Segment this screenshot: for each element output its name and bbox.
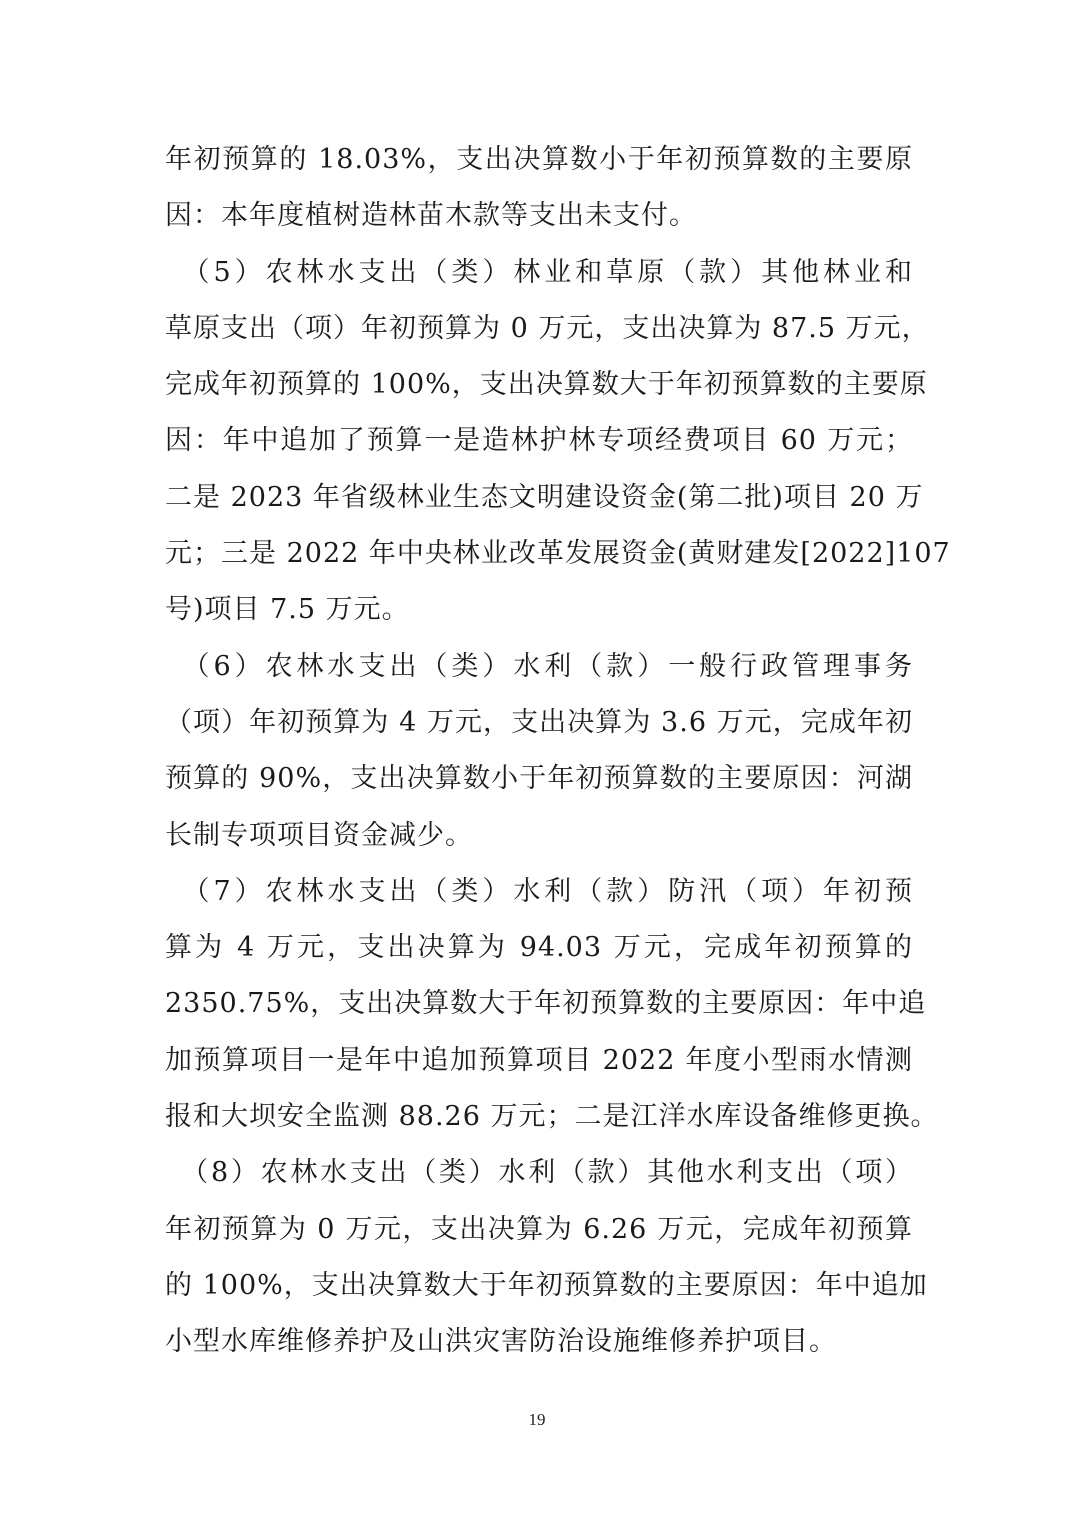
text-line: 二是 2023 年省级林业生态文明建设资金(第二批)项目 20 万 bbox=[165, 474, 913, 530]
text-line: 2350.75%，支出决算数大于年初预算数的主要原因：年中追 bbox=[165, 980, 913, 1036]
text-line: 加预算项目一是年中追加预算项目 2022 年度小型雨水情测 bbox=[165, 1037, 913, 1093]
text-line: （7）农林水支出（类）水利（款）防汛（项）年初预 bbox=[165, 868, 913, 924]
text-line: 小型水库维修养护及山洪灾害防治设施维修养护项目。 bbox=[165, 1318, 913, 1374]
paragraph-8: （8）农林水支出（类）水利（款）其他水利支出（项） 年初预算为 0 万元，支出决… bbox=[165, 1149, 913, 1374]
paragraph-7: （7）农林水支出（类）水利（款）防汛（项）年初预 算为 4 万元，支出决算为 9… bbox=[165, 868, 913, 1149]
page-number: 19 bbox=[0, 1410, 1074, 1430]
text-line: 算为 4 万元，支出决算为 94.03 万元，完成年初预算的 bbox=[165, 924, 913, 980]
text-line: 报和大坝安全监测 88.26 万元；二是江洋水库设备维修更换。 bbox=[165, 1093, 913, 1149]
text-line: （6）农林水支出（类）水利（款）一般行政管理事务 bbox=[165, 643, 913, 699]
paragraph-4-continued: 年初预算的 18.03%，支出决算数小于年初预算数的主要原 因：本年度植树造林苗… bbox=[165, 136, 913, 249]
text-line: 年初预算为 0 万元，支出决算为 6.26 万元，完成年初预算 bbox=[165, 1206, 913, 1262]
text-line: 完成年初预算的 100%，支出决算数大于年初预算数的主要原 bbox=[165, 361, 913, 417]
text-line: 草原支出（项）年初预算为 0 万元，支出决算为 87.5 万元， bbox=[165, 305, 913, 361]
text-line: （项）年初预算为 4 万元，支出决算为 3.6 万元，完成年初 bbox=[165, 699, 913, 755]
body-text: 年初预算的 18.03%，支出决算数小于年初预算数的主要原 因：本年度植树造林苗… bbox=[165, 136, 913, 1375]
text-line: 因：本年度植树造林苗木款等支出未支付。 bbox=[165, 192, 913, 248]
document-page: 年初预算的 18.03%，支出决算数小于年初预算数的主要原 因：本年度植树造林苗… bbox=[0, 0, 1074, 1520]
text-line: 年初预算的 18.03%，支出决算数小于年初预算数的主要原 bbox=[165, 136, 913, 192]
text-line: （5）农林水支出（类）林业和草原（款）其他林业和 bbox=[165, 249, 913, 305]
text-line: 预算的 90%，支出决算数小于年初预算数的主要原因：河湖 bbox=[165, 755, 913, 811]
text-line: 元；三是 2022 年中央林业改革发展资金(黄财建发[2022]107 bbox=[165, 530, 913, 586]
paragraph-5: （5）农林水支出（类）林业和草原（款）其他林业和 草原支出（项）年初预算为 0 … bbox=[165, 249, 913, 643]
text-line: 号)项目 7.5 万元。 bbox=[165, 586, 913, 642]
text-line: （8）农林水支出（类）水利（款）其他水利支出（项） bbox=[165, 1149, 913, 1205]
text-line: 的 100%，支出决算数大于年初预算数的主要原因：年中追加 bbox=[165, 1262, 913, 1318]
text-line: 长制专项项目资金减少。 bbox=[165, 812, 913, 868]
paragraph-6: （6）农林水支出（类）水利（款）一般行政管理事务 （项）年初预算为 4 万元，支… bbox=[165, 643, 913, 868]
text-line: 因：年中追加了预算一是造林护林专项经费项目 60 万元； bbox=[165, 417, 913, 473]
